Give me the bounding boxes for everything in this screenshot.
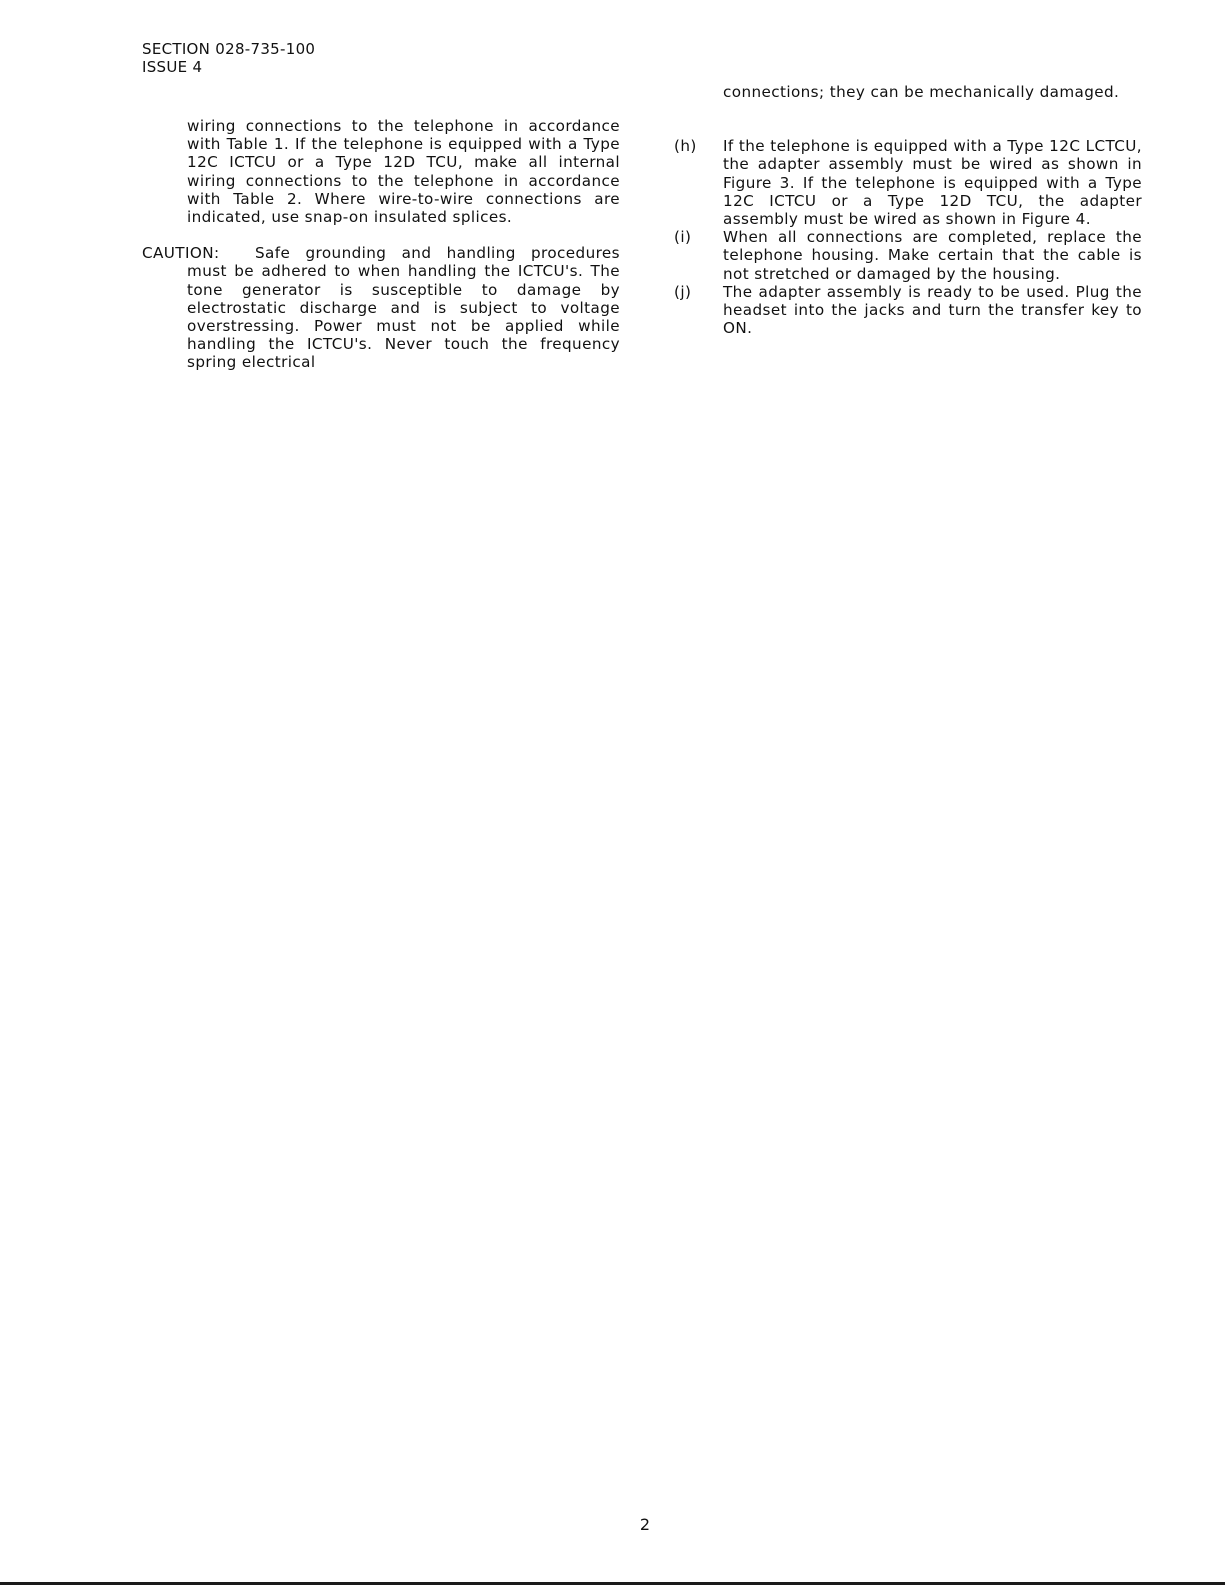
- item-label: (i): [674, 228, 691, 246]
- continuation-text: connections; they can be mechanically da…: [723, 83, 1142, 101]
- left-column: wiring connections to the telephone in a…: [142, 117, 622, 372]
- right-column: connections; they can be mechanically da…: [674, 83, 1142, 337]
- item-text: If the telephone is equipped with a Type…: [723, 137, 1142, 228]
- list-item-h: (h) If the telephone is equipped with a …: [723, 137, 1142, 228]
- item-text: The adapter assembly is ready to be used…: [723, 283, 1142, 337]
- page-header: SECTION 028-735-100 ISSUE 4: [142, 40, 315, 76]
- section-number: SECTION 028-735-100: [142, 40, 315, 58]
- list-item-i: (i) When all connections are completed, …: [723, 228, 1142, 283]
- caution-text: Safe grounding and handling proce­dures …: [187, 244, 620, 371]
- item-text: When all connections are completed, repl…: [723, 228, 1142, 282]
- caution-label: CAUTION:: [142, 244, 220, 262]
- page-number: 2: [0, 1516, 1225, 1534]
- issue-number: ISSUE 4: [142, 58, 315, 76]
- item-label: (j): [674, 283, 691, 301]
- list-item-j: (j) The adapter assembly is ready to be …: [723, 283, 1142, 338]
- wiring-paragraph: wiring connections to the telephone in a…: [187, 117, 620, 226]
- caution-note: CAUTION: Safe grounding and handling pro…: [142, 244, 622, 371]
- document-page: SECTION 028-735-100 ISSUE 4 wiring conne…: [0, 0, 1225, 1585]
- item-label: (h): [674, 137, 697, 155]
